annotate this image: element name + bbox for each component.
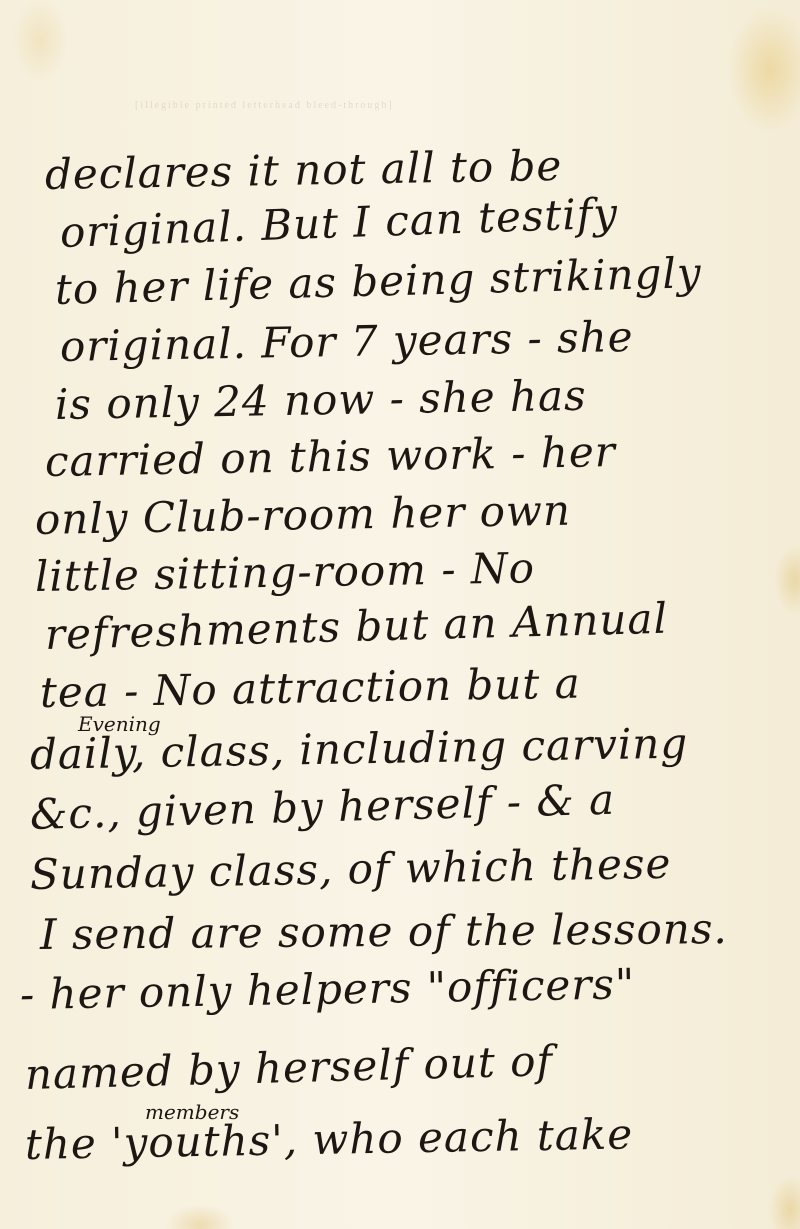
- handwritten-line-8: little sitting-room - No: [35, 543, 536, 601]
- handwritten-line-2: original. But I can testify: [59, 189, 619, 257]
- handwritten-line-11: daily, class, including carving: [30, 719, 689, 779]
- handwritten-line-13: Sunday class, of which these: [30, 839, 672, 899]
- handwritten-line-16: named by herself out of: [24, 1036, 553, 1099]
- handwritten-line-14: I send are some of the lessons.: [40, 904, 728, 959]
- faint-letterhead: [illegible printed letterhead bleed-thro…: [135, 94, 394, 118]
- handwritten-line-7: only Club-room her own: [35, 486, 572, 544]
- handwritten-line-1: declares it not all to be: [45, 141, 563, 199]
- handwritten-line-9: refreshments but an Annual: [44, 594, 668, 659]
- handwritten-line-17: the 'youths', who each take: [25, 1109, 634, 1169]
- handwritten-line-12: &c., given by herself - & a: [29, 775, 615, 839]
- handwritten-line-4: original. For 7 years - she: [60, 312, 634, 371]
- handwritten-line-6: carried on this work - her: [45, 427, 617, 486]
- handwritten-line-10: tea - No attraction but a: [40, 659, 581, 717]
- handwritten-line-15: - her only helpers "officers": [20, 959, 636, 1019]
- handwritten-line-3: to her life as being strikingly: [54, 248, 702, 314]
- handwritten-line-5: is only 24 now - she has: [55, 371, 587, 429]
- letter-page: [illegible printed letterhead bleed-thro…: [0, 0, 800, 1229]
